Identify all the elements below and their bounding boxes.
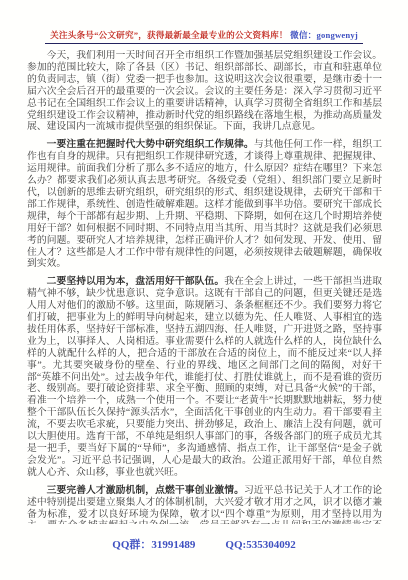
banner-wechat-contact: 微信：gongwenyj [290, 30, 358, 40]
document-body: 今天，我们利用一天时间召开全市组织工作暨加强基层党组织建设工作会议。参加的范围比… [27, 50, 382, 524]
paragraph-intro: 今天，我们利用一天时间召开全市组织工作暨加强基层党组织建设工作会议。参加的范围比… [27, 50, 382, 133]
promo-banner-line: 关注头条号“公文研究”，获得最新最全最专业的公文资料库！ 微信：gongweny… [45, 29, 363, 44]
point-1-text: 与其他任何工作一样，组织工作也有自身的规律。只有把组织工作规律研究透，才谈得上尊… [27, 139, 382, 269]
qq-group-number: QQ群：31991489 [112, 539, 195, 551]
point-2-heading: 二要坚持以用为本，盘活用好干部队伍。 [47, 276, 225, 287]
paragraph-point-2: 二要坚持以用为本，盘活用好干部队伍。我在全会上讲过，一些干部担当进取精气神不够，… [27, 276, 382, 478]
promo-banner: 关注头条号“公文研究”，获得最新最全最专业的公文资料库！ 微信：gongweny… [0, 25, 408, 44]
point-2-text: 我在全会上讲过，一些干部担当进取精气神不够，缺少忧患意识、竞争意识。这既有干部自… [27, 276, 382, 478]
paragraph-point-3: 三要完善人才激励机制，点燃干事创业激情。习近平总书记关于人才工作的论述中特别提出… [27, 485, 382, 524]
paragraph-intro-text: 今天，我们利用一天时间召开全市组织工作暨加强基层党组织建设工作会议。参加的范围比… [27, 50, 382, 132]
qq-number: QQ:535304092 [225, 539, 295, 551]
point-3-heading: 三要完善人才激励机制，点燃干事创业激情。 [47, 485, 244, 496]
banner-notice-text: 关注头条号“公文研究”，获得最新最全最专业的公文资料库！ [50, 30, 288, 40]
footer-contacts: QQ群：31991489QQ:535304092 [0, 536, 408, 552]
paragraph-point-1: 一要注重在把握时代大势中研究组织工作规律。与其他任何工作一样，组织工作也有自身的… [27, 139, 382, 270]
point-1-heading: 一要注重在把握时代大势中研究组织工作规律。 [47, 139, 254, 150]
document-page: 关注头条号“公文研究”，获得最新最全最专业的公文资料库！ 微信：gongweny… [0, 0, 408, 580]
